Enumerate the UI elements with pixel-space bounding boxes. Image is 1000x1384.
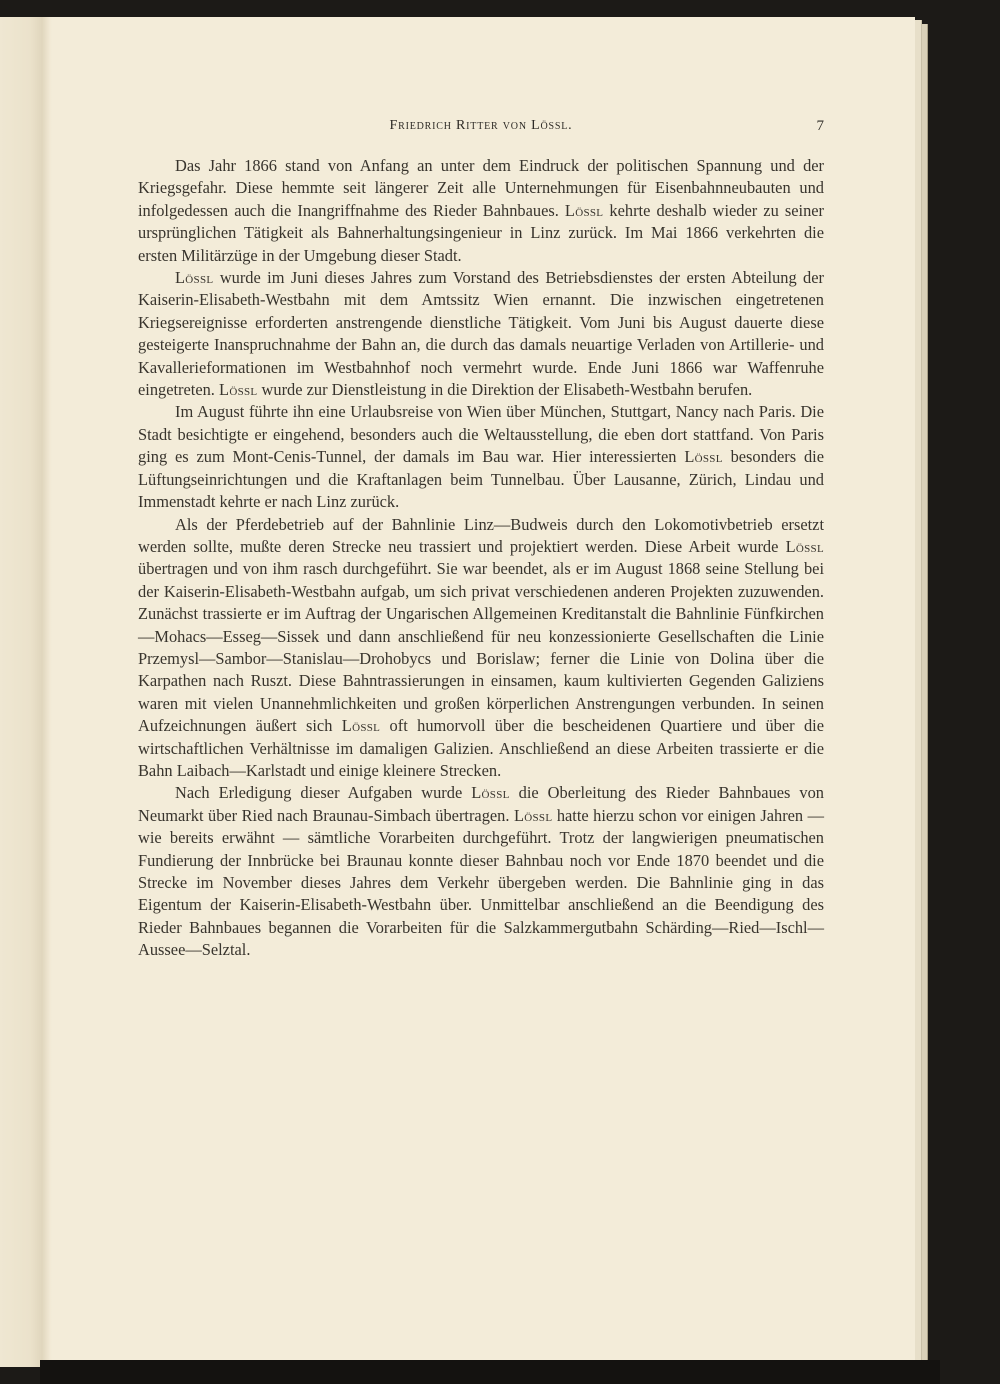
name-small-caps: Lössl [786,537,824,556]
page-stack-edge [915,20,922,1368]
text-segment: hatte hierzu schon vor einigen Jahren — … [138,806,824,959]
name-small-caps: Lössl [514,806,552,825]
name-small-caps: Lössl [471,783,509,802]
name-small-caps: Lössl [219,380,257,399]
running-title: Friedrich Ritter von Lössl. [138,118,824,134]
text-segment: wurde zur Dienstleistung in die Direktio… [257,380,752,399]
paragraph-1: Das Jahr 1866 stand von Anfang an unter … [138,155,824,267]
text-segment: übertragen und von ihm rasch durchgeführ… [138,559,824,735]
body-text: Das Jahr 1866 stand von Anfang an unter … [138,155,824,962]
binding-gutter-shadow [0,17,52,1367]
name-small-caps: Lössl [175,268,213,287]
paragraph-2: Lössl wurde im Juni dieses Jahres zum Vo… [138,267,824,401]
paragraph-5: Nach Erledigung dieser Aufgaben wurde Lö… [138,782,824,961]
page-stack-edge-outer [922,24,928,1366]
name-small-caps: Lössl [342,716,380,735]
name-small-caps: Lössl [684,447,722,466]
page-number: 7 [817,118,825,135]
name-small-caps: Lössl [565,201,603,220]
text-segment: Nach Erledigung dieser Aufgaben wurde [175,783,471,802]
paragraph-3: Im August führte ihn eine Urlaubsreise v… [138,401,824,513]
text-segment: Als der Pferdebetrieb auf der Bahnlinie … [138,515,824,556]
scan-background-bottom [40,1360,940,1384]
running-head: Friedrich Ritter von Lössl. 7 [138,118,824,140]
paragraph-4: Als der Pferdebetrieb auf der Bahnlinie … [138,514,824,783]
